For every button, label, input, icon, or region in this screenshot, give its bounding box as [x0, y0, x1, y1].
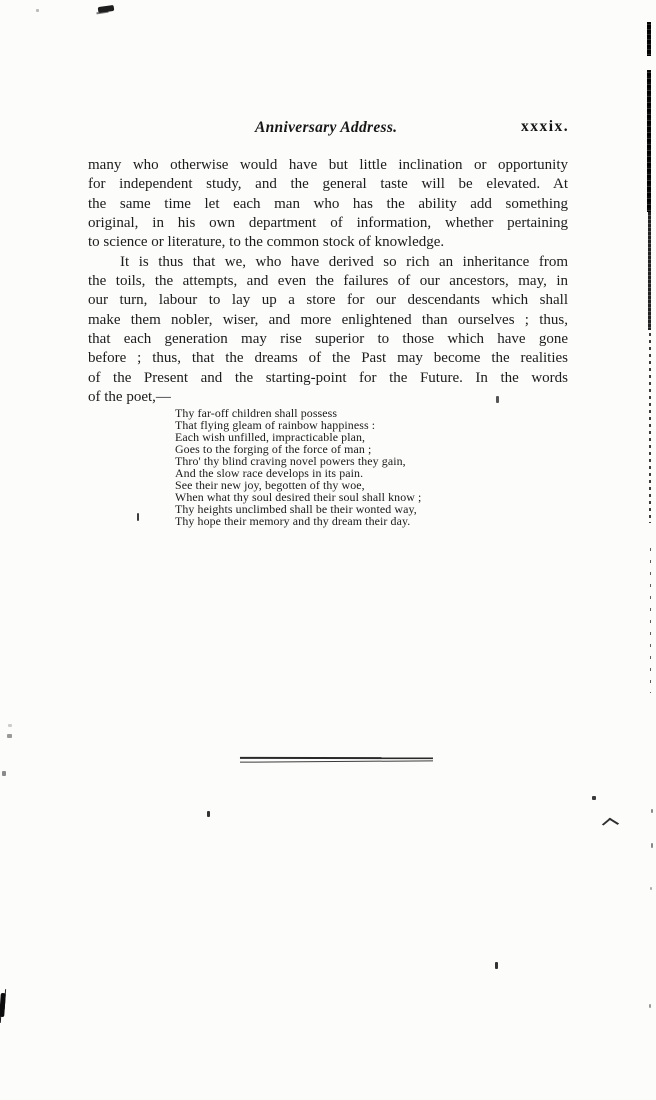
ink-speck — [651, 843, 653, 848]
ink-speck — [649, 1004, 651, 1008]
ink-speck — [207, 811, 210, 817]
running-title: Anniversary Address. — [255, 119, 385, 137]
text-line: the toils, the attempts, and even the fa… — [88, 272, 568, 291]
ink-blot — [0, 993, 6, 1017]
text-line: before ; thus, that the dreams of the Pa… — [88, 349, 568, 368]
text-line: make them nobler, wiser, and more enligh… — [88, 311, 568, 330]
ink-speck — [495, 962, 498, 969]
scan-edge-band — [649, 333, 651, 523]
ink-speck — [592, 796, 596, 800]
text-line: original, in his own department of infor… — [88, 214, 568, 233]
scan-edge-band — [647, 22, 651, 56]
paragraph: many who otherwise would have but little… — [88, 156, 568, 253]
poem-block: Thy far-off children shall possessThat f… — [175, 407, 505, 527]
ink-smudge — [98, 5, 115, 13]
rule-top-line — [240, 757, 433, 759]
page-number: xxxix. — [521, 118, 569, 136]
poem-line: Thy hope their memory and thy dream thei… — [175, 515, 505, 527]
ink-speck — [137, 513, 139, 521]
scan-edge-band — [650, 548, 652, 693]
text-line: to science or literature, to the common … — [88, 233, 568, 252]
ink-speck — [36, 9, 39, 12]
scan-edge-band — [648, 212, 651, 330]
ink-tick — [602, 818, 619, 831]
ink-speck — [2, 771, 6, 776]
text-line: that each generation may rise superior t… — [88, 330, 568, 349]
rule-bottom-line — [240, 760, 433, 763]
text-line: the same time let each man who has the a… — [88, 195, 568, 214]
text-line: of the Present and the starting-point fo… — [88, 369, 568, 388]
text-line: It is thus that we, who have derived so … — [88, 253, 568, 272]
scan-edge-band — [647, 70, 651, 212]
text-line: many who otherwise would have but little… — [88, 156, 568, 175]
ink-speck — [496, 396, 499, 403]
paragraph: It is thus that we, who have derived so … — [88, 253, 568, 408]
ink-speck — [650, 887, 652, 890]
text-line: our turn, labour to lay up a store for o… — [88, 291, 568, 310]
ink-speck — [651, 809, 653, 813]
scanned-book-page: Anniversary Address. xxxix. many who oth… — [0, 0, 656, 1100]
text-line: for independent study, and the general t… — [88, 175, 568, 194]
ink-speck — [7, 734, 12, 738]
body-text: many who otherwise would have but little… — [88, 156, 568, 407]
ink-speck — [8, 724, 12, 727]
section-rule — [240, 756, 433, 763]
